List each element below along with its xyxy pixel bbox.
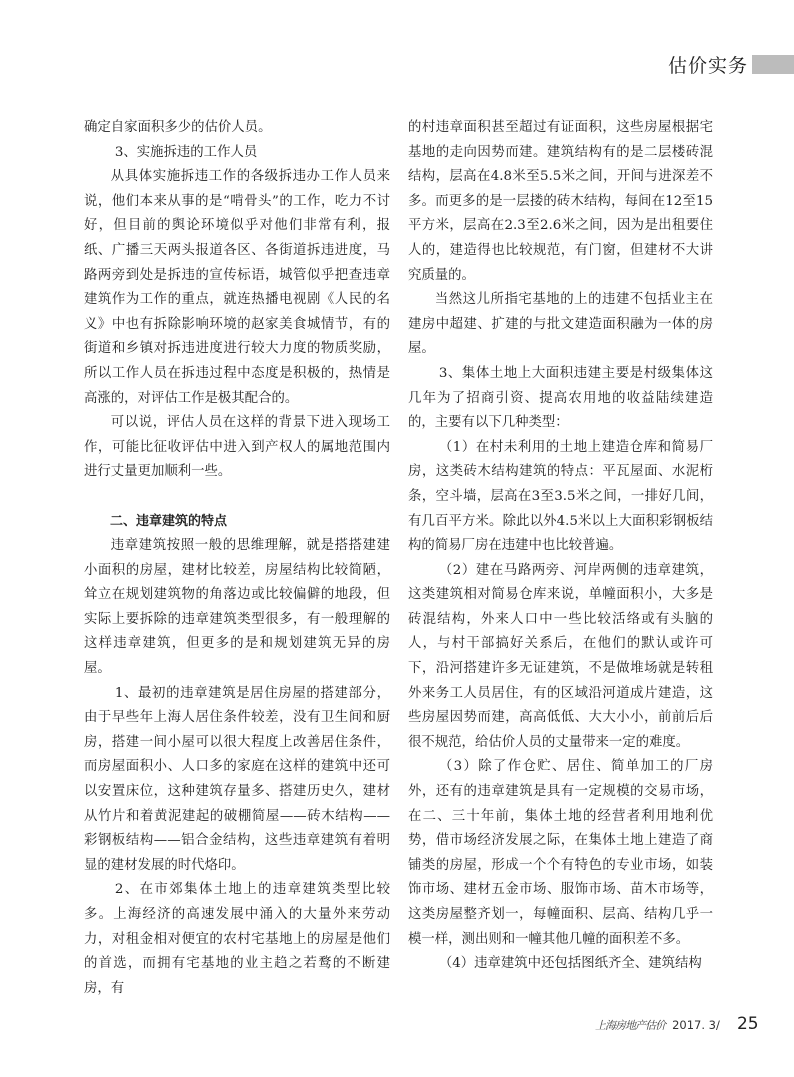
- list-item: （3）除了作仓贮、居住、简单加工的厂房外，还有的违章建筑是具有一定规模的交易市场…: [408, 755, 713, 952]
- section-color-block: [752, 55, 794, 74]
- subheading: 3、实施拆违的工作人员: [84, 141, 390, 166]
- paragraph: 2、在市郊集体土地上的违章建筑类型比较多。上海经济的高速发展中涌入的大量外来劳动…: [84, 878, 390, 1001]
- paragraph: 3、集体土地上大面积违建主要是村级集体这几年为了招商引资、提高农用地的收益陆续建…: [408, 362, 713, 436]
- section-heading: 二、违章建筑的特点: [84, 510, 390, 535]
- left-column: 确定自家面积多少的估价人员。 3、实施拆违的工作人员 从具体实施拆违工作的各级拆…: [84, 116, 390, 1001]
- list-item: （1）在村未利用的土地上建造仓库和简易厂房，这类砖木结构建筑的特点：平瓦屋面、水…: [408, 436, 713, 559]
- list-item: （2）建在马路两旁、河岸两侧的违章建筑，这类建筑相对简易仓库来说，单幢面积小，大…: [408, 559, 713, 756]
- paragraph: 从具体实施拆违工作的各级拆违办工作人员来说，他们本来从事的是“啃骨头”的工作，吃…: [84, 165, 390, 411]
- list-item: （4）违章建筑中还包括图纸齐全、建筑结构: [408, 952, 713, 977]
- paragraph: 当然这儿所指宅基地的上的违建不包括业主在建房中超建、扩建的与批文建造面积融为一体…: [408, 288, 713, 362]
- paragraph: 1、最初的违章建筑是居住房屋的搭建部分，由于早些年上海人居住条件较差，没有卫生间…: [84, 682, 390, 879]
- page-footer: 上海房地产估价 2017. 3/ 25: [595, 1014, 759, 1034]
- paragraph: 可以说，评估人员在这样的背景下进入现场工作，可能比征收评估中进入到产权人的属地范…: [84, 411, 390, 485]
- right-column: 的村违章面积甚至超过有证面积，这些房屋根据宅基地的走向因势而建。建筑结构有的是二…: [408, 116, 713, 977]
- paragraph: 的村违章面积甚至超过有证面积，这些房屋根据宅基地的走向因势而建。建筑结构有的是二…: [408, 116, 713, 288]
- section-title: 估价实务: [668, 51, 748, 78]
- paragraph: 违章建筑按照一般的思维理解，就是搭搭建建小面积的房屋，建材比较差，房屋结构比较简…: [84, 534, 390, 682]
- issue-label: 2017. 3/: [672, 1018, 720, 1032]
- page-number: 25: [737, 1014, 759, 1034]
- paragraph: 确定自家面积多少的估价人员。: [84, 116, 390, 141]
- magazine-name: 上海房地产估价: [595, 1019, 665, 1032]
